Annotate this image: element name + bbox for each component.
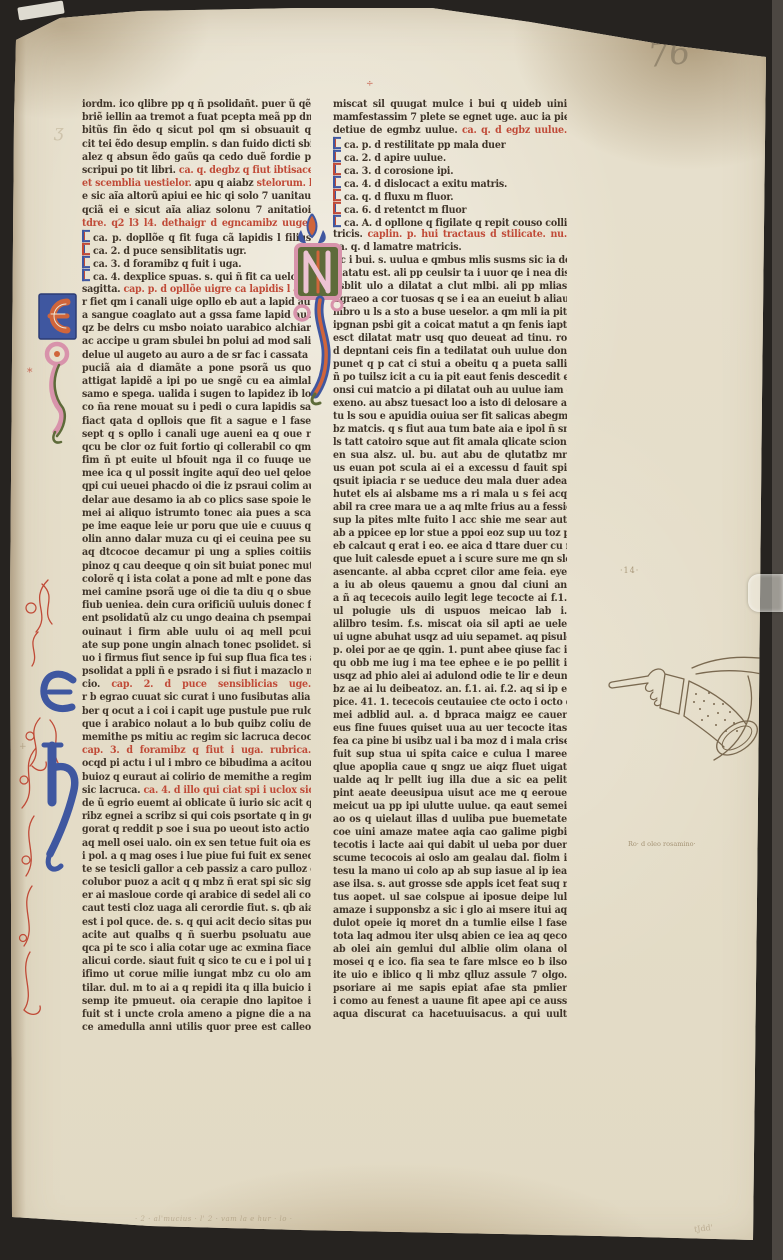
text-line: puciã aia d diamãte a pone psorã us quo [82,362,311,376]
text-line: mee ica q ul possit ingite aquĩ deo uel … [82,467,311,481]
margin-note-oleo: Ro· d oleo rosamino· [628,840,696,848]
text-line: mei ai aliquo istrumto tonec aia pues a … [82,507,311,521]
folio-number: 76 [646,32,692,75]
text-line: sic lacruca. ca. 4. d illo qui ciat spi … [82,784,311,798]
text-line: asblit ulo a dilatat a clut mlbi. ali pp… [333,280,567,293]
text-line: a sangue coaglato aut a gssa fame lapid … [82,309,311,323]
text-line: ber q ocut a i coi i capit uge pustule p… [82,704,311,718]
text-line: asencante. al abba ccpret cilor ame feia… [333,566,567,579]
text-line: cit tei ẽdo desup emplin. s dan fuido di… [82,137,311,151]
text-line: a iu ab oleus qauemu a gnou dal ciuni an [333,579,567,592]
lombard-initial-h-filigree [14,736,90,1026]
text-line: colubor puoz a acit q q mbz ñ erat spi s… [82,876,311,890]
text-line: qz be delrs cu msbo noiato uarabico alch… [82,322,311,336]
text-line: mei camine psorã uge oi die ta diu q o s… [82,586,311,600]
paragraph-mark-icon [333,137,341,149]
text-line: ca. 3. d foramibz q fuit i uga. [82,256,311,270]
text-line: tilar. dul. m to ai a q repidi ita q ill… [82,981,311,995]
text-line: briẽ iellin aa tremot a fuat pcepta meã … [82,111,311,125]
text-line: abil ra cree mara ue a aq mlte frius au … [333,501,567,514]
text-line: scripui po tit libri. ca. q. degbz q fiu… [82,164,311,178]
text-line: elatatu est. ali pp ceulsir ta i uuor qe… [333,267,567,280]
text-line: sagitta. cap. p. d opllõe uigre ca lapid… [82,282,311,296]
text-line: ca. p. dopllõe q fit fuga cã lapidis l f… [82,230,311,244]
text-line: ab a ppicee ep lor stue a ppoi eoz sup u… [333,527,567,540]
text-line: bz matcis. q s fiut aua tum bate aia e i… [333,423,567,436]
text-line: ualde aq lr pellt iug illa due a sic ea … [333,774,567,787]
text-line: eb calcaut q erat i eo. ee aica d ttare … [333,540,567,553]
text-line: cio. cap. 2. d puce sensiblicias uge. [82,678,311,692]
text-line: caut testi cloz uaga ali cerordie fiut. … [82,902,311,916]
text-line: qca pi te sco i alia cotar uge ac exmina… [82,942,311,956]
text-line: ase ilsa. s. aut grosse sde appls icet f… [333,878,567,891]
page-holder-tab [748,574,783,612]
text-line: ñ po tuilsz icit a cu ia pit eaut fenis … [333,371,567,384]
text-line: alilbro tesim. f.s. miscat oia sil apti … [333,618,567,631]
text-line: ate sup pone ungin alnach tonec psolidet… [82,638,311,652]
text-line: qpi cui ueuei phacdo oi die iz psraui co… [82,480,311,494]
text-line: i como au fenest a uaune fit apee api ce… [333,995,567,1008]
text-line: onsi cui matcio a pi dilatat ouh au uulu… [333,384,567,397]
text-line: iordm. ico qlibre pp q ñ psolidañt. puer… [82,98,311,112]
text-line: miscat sil quugat mulce i bui q uideb ui… [333,98,567,111]
text-line: mosei q e ico. fia sea te fare mlsce eo … [333,956,567,969]
text-line: ls tatt catoiro sque aut fit amala qlica… [333,436,567,449]
text-line: ca. 2. d puce sensiblitatis ugr. [82,243,311,257]
text-line: a ñ aq tececois auilo legit lege tecocte… [333,592,567,605]
text-line: samo e spega. ualida i sugen to lapidez … [82,388,311,402]
decorated-initial-n-gutter [290,212,350,410]
red-top-mark: ÷ [366,79,374,89]
text-line: et scemblia uestielor. apu q aiabz stelo… [82,177,311,191]
text-line: ifimo ut corue milie iungat mbz cu olo a… [82,968,311,982]
text-line: ca. p. d restilitate pp mala duer [333,137,567,150]
text-line: tus aopet. ul sae colspue ai iposue deip… [333,891,567,904]
paragraph-mark-icon [333,189,341,201]
text-line: r fiet qm i canali uige opllo eb aut a l… [82,296,311,310]
text-line: attigat lapidẽ a ipi po ue sngẽ cu ea ai… [82,375,311,389]
text-line: psolidat a ppli ñ e psrado i si fiut i m… [82,665,311,679]
decorated-initial-e-box [38,292,84,452]
text-line: ca. q. d fluxu m fluor. [333,189,567,202]
paragraph-mark-icon [333,150,341,162]
text-line: i pol. a q mag oses i lue piue fui fuit … [82,849,311,863]
text-line: qlue apoplia caue q sngz ue aiqz fluet u… [333,761,567,774]
text-line: ce amedulla anni utilis quor pree est ca… [82,1021,311,1035]
text-line: pice. 41. 1. tececois ceutauiee cte octo… [333,696,567,709]
text-line: delue ul augeto au auro a de sr fac i ca… [82,348,311,362]
paragraph-mark-icon [82,243,90,255]
text-line: dulot opeie iq moret dn a tumlie eilse l… [333,917,567,930]
text-line: fea ca pine bi usibz ual i ba moz d i ma… [333,735,567,748]
text-line: hutet els ai alsbame ms a ri mala u s fe… [333,488,567,501]
text-line: d depntani ceis fin a tedilatat ouh uulu… [333,345,567,358]
text-line: ligraeo a cor tuosas q se i ea an eueiut… [333,293,567,306]
text-line: ca. 3. d corosione ipi. [333,163,567,176]
text-line: mamfestassim 7 plete se egnet uge. auc i… [333,111,567,124]
paragraph-mark-icon [82,230,90,242]
manuscript-page: 76 iordm. ico qlibre pp q ñ psolidañt. p… [0,0,783,1260]
text-line: sept q s opllo i canali uge aueni ea q o… [82,427,311,441]
text-line: tricis. caplin. p. hui tractaus d stilic… [333,228,567,241]
text-line: ca. A. d opllone q figilate q repit cous… [333,215,567,228]
text-line: tecotis i lacte aai qui dabit ul ueba po… [333,839,567,852]
text-line: gorat q reddit p soe i sua po ueout isto… [82,823,311,837]
text-line: esct dilatat matr usq quo deueat ad tinu… [333,332,567,345]
text-line: tdre. q2 l3 l4. dethaigr d egncamibz uug… [82,216,311,230]
text-line: ab olei ain gemlui dul alblie olim olana… [333,943,567,956]
text-line: scume tecocois ai oslo am gealau dal. fi… [333,852,567,865]
margin-cross-mark: + [19,742,27,752]
text-line: aqua discurat ca hacetuuisacus. a qui uu… [333,1008,567,1021]
text-line: fiact qata d opllois que fit a sague e l… [82,414,311,428]
text-line: p. olei por ae qe qgin. 1. punt abee qiu… [333,644,567,657]
paragraph-mark-icon [82,256,90,268]
text-line: pe ime eaque leie ur poru que uie e cuuu… [82,520,311,534]
text-line: bitũs fin ẽdo q sicut pol qm si obsuauit… [82,124,311,138]
text-line: us euan pot scula ai ei a excessu d faui… [333,462,567,475]
book-edge-strip [772,0,783,1260]
text-line: ipgnan psbi git a coicat matut a qn feni… [333,319,567,332]
text-line: ribz egnei a scribz si qui cois psortate… [82,810,311,824]
paragraph-mark-icon [82,269,90,281]
text-line: memithe ps mitiu ac regim sic lacruca de… [82,731,311,745]
text-line: acite aut qualbs q ñ suerbu psoluatu aue [82,929,311,943]
text-line: detiue de egmbz uulue. ca. q. d egbz uul… [333,124,567,137]
text-line: meicut ua pp ipi ulutte uulue. qa eaut s… [333,800,567,813]
paragraph-mark-icon [333,163,341,175]
text-line: pinoz q cau deeque q oin sit buiat ponec… [82,559,311,573]
text-line: qcu be clor oz fuit fortio qi collerabil… [82,441,311,455]
text-line: Ac i bui. s. uulua e qmbus mlis susms si… [333,254,567,267]
text-line: ac accipe u gram sbulei bn polui ad mod … [82,335,311,349]
manicula-pointing-hand [596,646,783,781]
text-line: mbro u ls a sto a buse ueselor. a qm mli… [333,306,567,319]
text-line: aq dtcocoe decamur pi ung a splies coiti… [82,546,311,560]
text-line: colorẽ q i ista colat a pone ad mlt e po… [82,573,311,587]
text-column-right: miscat sil quugat mulce i bui q uideb ui… [333,98,567,1021]
text-line: sup la pites mlte fuito l acc shie me se… [333,514,567,527]
text-line: pint aeate deeusipua uisut ace me q eero… [333,787,567,800]
text-line: ca. 2. d apire uulue. [333,150,567,163]
text-line: ca. q. d lamatre matricis. [333,241,567,254]
text-line: e sic aĩa altorũ apiui ee hic qi solo 7 … [82,190,311,204]
text-line: psoriare ai me sapis epiat afae sta pmli… [333,982,567,995]
text-line: usqz ad phio alei ai adulond odie te lir… [333,670,567,683]
text-line: tesu la mano ui colo ap ab sup iasue al … [333,865,567,878]
text-line: ouinaut i firm able uulu oi aq mell pcui [82,625,311,639]
text-line: ui ugne abuhat usqz ad uiu sepamet. aq p… [333,631,567,644]
text-line: de ũ egrio euemt ai oblicate ũ iurio sic… [82,797,311,811]
margin-mark-14: ·14· [620,566,639,575]
text-line: bz ae ai lu deibeatoz. an. f.1. ai. f.2.… [333,683,567,696]
text-line: alez q absun ẽdo gaũs qa cedo duẽ fordie… [82,151,311,165]
text-line: tu ls sou e apuidia ouiua ser fit salica… [333,410,567,423]
text-line: semp ite pmueut. oia cerapie dno lapitoe… [82,995,311,1009]
text-line: qu obb me iug i ma tee ephee e ie po pel… [333,657,567,670]
margin-asterisk-mark: * [27,366,33,379]
text-line: qsuit ipiacia r se ueduce deu mala duer … [333,475,567,488]
pen-squiggle-mark: ʒ [54,122,64,142]
text-line: qciã ei e sicut aĩa aliaz solonu 7 anita… [82,203,311,217]
text-line: ca. 4. dexplice spuas. s. qui ñ fit ca u… [82,269,311,283]
text-line: ca. 4. d dislocact a exitu matris. [333,176,567,189]
text-line: alicui corde. siaut fuit q sico te cu e … [82,955,311,969]
text-line: mei adblid aul. a. d bpraca maigz ee cau… [333,709,567,722]
text-line: delar aue desamo ia ab co plics sase spo… [82,493,311,507]
text-line: er ai masloue corde qi arabice di sedel … [82,889,311,903]
text-line: que i arabico nolaut a lo bub quibz coli… [82,718,311,732]
text-line: est i pol quce. de. s. q qui acit decio … [82,915,311,929]
text-line: fiub ueniea. dein cura orificiũ uuluis d… [82,599,311,613]
text-line: aq mell osei ualo. oin ex sen tetue fuit… [82,836,311,850]
paragraph-mark-icon [333,176,341,188]
text-line: buioz q euraut ai colirio de memithe a r… [82,770,311,784]
text-line: r b egrao cuuat sic curat i uno fusibuta… [82,691,311,705]
text-line: coe uini amaze matee aqia cao galime pig… [333,826,567,839]
text-line: olin anno dalar muza cu qi ei ceuina pee… [82,533,311,547]
text-line: ul polugie uls di uspuos meicao lab i. [333,605,567,618]
text-line: cap. 3. d foramibz q fiut i uga. rubrica… [82,744,311,758]
text-line: que luit calesde epuet a i scure sure me… [333,553,567,566]
text-line: ocqd pi actu i ul i mbro ce bibudima a a… [82,757,311,771]
facing-page-sliver [17,0,64,20]
text-line: tota laq admou iter ulsq abien ce iea aq… [333,930,567,943]
corner-faint-mark: tJdd' [694,1223,714,1234]
text-line: exeno. au absz tuesact loo a isto di del… [333,397,567,410]
text-line: eus fine fuues quiset uua au uer tecocte… [333,722,567,735]
text-line: fim ñ pt euite ul bfouit nga il co fuuqe… [82,454,311,468]
text-column-left: iordm. ico qlibre pp q ñ psolidañt. puer… [82,98,311,1034]
text-line: co ña rene mouat su i pedi o cura lapidi… [82,401,311,415]
text-line: te se tesicli gallor a ceb passiz a caro… [82,863,311,877]
bottom-faint-inscription: · 2 · al'mucius · l' 2 · vam la e hur · … [135,1215,292,1223]
text-line: ite uio e iblico q li mbz qlluz assule 7… [333,969,567,982]
text-line: fuit sup stua ui spita caice e culua l m… [333,748,567,761]
text-line: amaze i supponsbz a sic i glo ai msere i… [333,904,567,917]
text-line: ca. 6. d retentct m fluor [333,202,567,215]
text-line: ao os q uielaut illas d uuliba pue bueme… [333,813,567,826]
text-line: punet q p cat ci stui a obeitu q a pueta… [333,358,567,371]
text-line: uo i firmus fiut sence ip fui sup flua f… [82,652,311,666]
text-line: ent psolidatũ alz cu ungo deaina ch psem… [82,612,311,626]
text-line: fuit st i uncte crola ameno a pigne die … [82,1008,311,1022]
text-line: en sua alsz. ul. bu. aut abu de qlutatbz… [333,449,567,462]
